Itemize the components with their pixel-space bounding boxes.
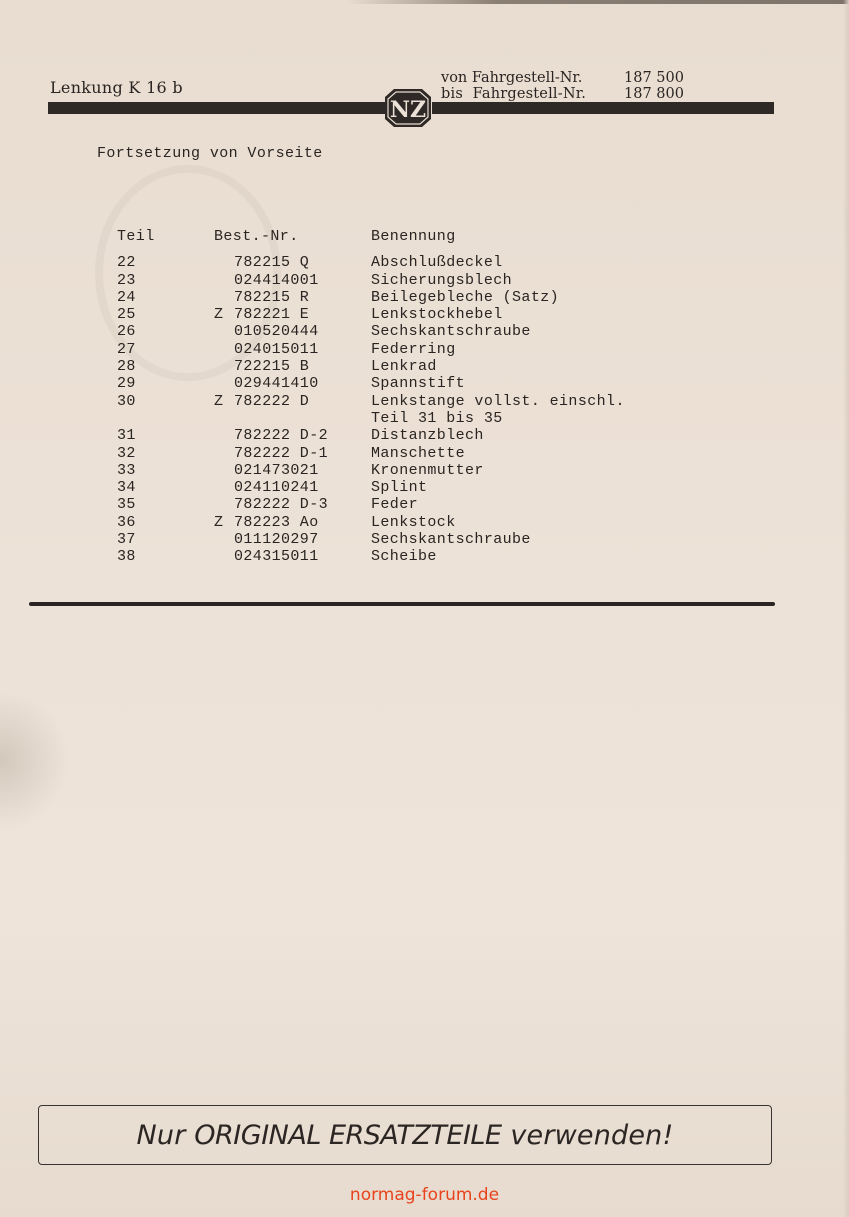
order-number-cell: 024015011 xyxy=(214,341,371,358)
order-number: 782222 D xyxy=(234,393,309,428)
table-row: 28722215 BLenkrad xyxy=(117,358,625,375)
range-from-value: 187 500 xyxy=(624,70,684,86)
order-number: 722215 B xyxy=(234,358,309,375)
table-row: 22782215 QAbschlußdeckel xyxy=(117,254,625,271)
part-number: 28 xyxy=(117,358,214,375)
part-number: 32 xyxy=(117,445,214,462)
order-number: 782223 Ao xyxy=(234,514,319,531)
part-number: 27 xyxy=(117,341,214,358)
order-number-cell: 782222 D-2 xyxy=(214,427,371,444)
table-row: 23024414001Sicherungsblech xyxy=(117,272,625,289)
part-marker xyxy=(214,254,234,271)
part-description: Spannstift xyxy=(371,375,465,392)
part-number: 23 xyxy=(117,272,214,289)
section-title: Lenkung K 16 b xyxy=(50,78,183,97)
part-marker xyxy=(214,289,234,306)
table-row: 37011120297Sechskantschraube xyxy=(117,531,625,548)
range-to-value: 187 800 xyxy=(624,86,684,102)
original-parts-notice: Nur ORIGINAL ERSATZTEILE verwenden! xyxy=(38,1105,772,1165)
range-from: von Fahrgestell-Nr. 187 500 xyxy=(441,70,684,86)
part-marker: Z xyxy=(214,514,234,531)
part-description: Distanzblech xyxy=(371,427,484,444)
page-edge-shadow xyxy=(345,0,849,4)
page-edge xyxy=(843,0,849,1217)
part-marker xyxy=(214,462,234,479)
order-number: 024015011 xyxy=(234,341,319,358)
table-row: 25Z782221 ELenkstockhebel xyxy=(117,306,625,323)
header-rule-left xyxy=(48,102,385,114)
order-number: 024414001 xyxy=(234,272,319,289)
part-number: 25 xyxy=(117,306,214,323)
chassis-number-range: von Fahrgestell-Nr. 187 500 bis Fahrgest… xyxy=(441,70,684,102)
order-number-cell: 722215 B xyxy=(214,358,371,375)
part-marker xyxy=(214,427,234,444)
range-from-label: von Fahrgestell-Nr. xyxy=(441,70,624,86)
table-row: 36Z782223 AoLenkstock xyxy=(117,514,625,531)
notice-prefix: Nur xyxy=(136,1120,185,1151)
part-number: 37 xyxy=(117,531,214,548)
table-row: 31782222 D-2Distanzblech xyxy=(117,427,625,444)
range-to: bis Fahrgestell-Nr. 187 800 xyxy=(441,86,684,102)
order-number-cell: 024110241 xyxy=(214,479,371,496)
order-number-cell: 011120297 xyxy=(214,531,371,548)
part-marker xyxy=(214,272,234,289)
part-marker xyxy=(214,358,234,375)
part-number: 26 xyxy=(117,323,214,340)
order-number: 782215 Q xyxy=(234,254,309,271)
column-header-teil: Teil xyxy=(117,228,214,245)
table-row: 29029441410Spannstift xyxy=(117,375,625,392)
part-description: Lenkrad xyxy=(371,358,437,375)
part-marker xyxy=(214,496,234,513)
order-number-cell: 021473021 xyxy=(214,462,371,479)
order-number: 782221 E xyxy=(234,306,309,323)
part-description: Kronenmutter xyxy=(371,462,484,479)
paper-stain xyxy=(0,690,70,830)
range-to-label: bis Fahrgestell-Nr. xyxy=(441,86,624,102)
part-description: Federring xyxy=(371,341,456,358)
watermark: normag-forum.de xyxy=(0,1185,849,1205)
part-marker xyxy=(214,548,234,565)
order-number-cell: 024414001 xyxy=(214,272,371,289)
part-description: Abschlußdeckel xyxy=(371,254,503,271)
table-row: 33021473021Kronenmutter xyxy=(117,462,625,479)
document-page: Lenkung K 16 b von Fahrgestell-Nr. 187 5… xyxy=(0,0,849,1217)
part-description: Sicherungsblech xyxy=(371,272,512,289)
order-number-cell: 010520444 xyxy=(214,323,371,340)
column-header-best-nr: Best.-Nr. xyxy=(214,228,371,245)
continuation-note: Fortsetzung von Vorseite xyxy=(97,145,323,162)
logo-text: NZ xyxy=(390,97,426,123)
part-description: Manschette xyxy=(371,445,465,462)
table-body: 22782215 QAbschlußdeckel23024414001Siche… xyxy=(117,254,625,565)
part-marker xyxy=(214,531,234,548)
part-description: Lenkstange vollst. einschl. Teil 31 bis … xyxy=(371,393,625,428)
part-description: Beilegebleche (Satz) xyxy=(371,289,559,306)
part-number: 29 xyxy=(117,375,214,392)
part-number: 33 xyxy=(117,462,214,479)
order-number: 010520444 xyxy=(234,323,319,340)
table-row: 26010520444Sechskantschraube xyxy=(117,323,625,340)
part-number: 36 xyxy=(117,514,214,531)
order-number: 024110241 xyxy=(234,479,319,496)
part-number: 30 xyxy=(117,393,214,428)
order-number-cell: 782222 D-1 xyxy=(214,445,371,462)
part-description: Sechskantschraube xyxy=(371,531,531,548)
notice-text: Nur ORIGINAL ERSATZTEILE verwenden! xyxy=(136,1120,673,1151)
part-description: Splint xyxy=(371,479,427,496)
order-number: 782215 R xyxy=(234,289,309,306)
order-number: 021473021 xyxy=(234,462,319,479)
column-header-benennung: Benennung xyxy=(371,228,456,245)
part-description: Scheibe xyxy=(371,548,437,565)
table-row: 32782222 D-1Manschette xyxy=(117,445,625,462)
part-description: Lenkstock xyxy=(371,514,456,531)
table-row: 30Z782222 DLenkstange vollst. einschl. T… xyxy=(117,393,625,428)
order-number-cell: Z782222 D xyxy=(214,393,371,428)
part-marker xyxy=(214,375,234,392)
part-marker xyxy=(214,479,234,496)
notice-suffix: verwenden! xyxy=(510,1120,673,1151)
header-rule-right xyxy=(432,102,774,114)
part-number: 35 xyxy=(117,496,214,513)
table-row: 35782222 D-3Feder xyxy=(117,496,625,513)
order-number-cell: 782215 Q xyxy=(214,254,371,271)
order-number: 011120297 xyxy=(234,531,319,548)
table-row: 27024015011Federring xyxy=(117,341,625,358)
table-header: Teil Best.-Nr. Benennung xyxy=(117,228,625,245)
order-number-cell: 782222 D-3 xyxy=(214,496,371,513)
part-description: Lenkstockhebel xyxy=(371,306,503,323)
part-marker xyxy=(214,341,234,358)
order-number-cell: Z782221 E xyxy=(214,306,371,323)
order-number: 029441410 xyxy=(234,375,319,392)
order-number-cell: 029441410 xyxy=(214,375,371,392)
section-divider xyxy=(29,602,775,606)
part-marker: Z xyxy=(214,306,234,323)
part-marker xyxy=(214,323,234,340)
part-description: Sechskantschraube xyxy=(371,323,531,340)
table-row: 24782215 RBeilegebleche (Satz) xyxy=(117,289,625,306)
part-number: 22 xyxy=(117,254,214,271)
table-row: 38024315011Scheibe xyxy=(117,548,625,565)
order-number-cell: Z782223 Ao xyxy=(214,514,371,531)
part-number: 38 xyxy=(117,548,214,565)
order-number: 782222 D-1 xyxy=(234,445,328,462)
notice-emphasis: ORIGINAL ERSATZTEILE xyxy=(194,1120,501,1151)
parts-table: Teil Best.-Nr. Benennung 22782215 QAbsch… xyxy=(117,228,625,566)
order-number: 782222 D-2 xyxy=(234,427,328,444)
part-number: 34 xyxy=(117,479,214,496)
part-description: Feder xyxy=(371,496,418,513)
order-number-cell: 024315011 xyxy=(214,548,371,565)
table-row: 34024110241Splint xyxy=(117,479,625,496)
order-number: 782222 D-3 xyxy=(234,496,328,513)
part-marker xyxy=(214,445,234,462)
part-marker: Z xyxy=(214,393,234,428)
order-number-cell: 782215 R xyxy=(214,289,371,306)
part-number: 24 xyxy=(117,289,214,306)
order-number: 024315011 xyxy=(234,548,319,565)
nz-logo-icon: NZ xyxy=(384,88,432,128)
part-number: 31 xyxy=(117,427,214,444)
